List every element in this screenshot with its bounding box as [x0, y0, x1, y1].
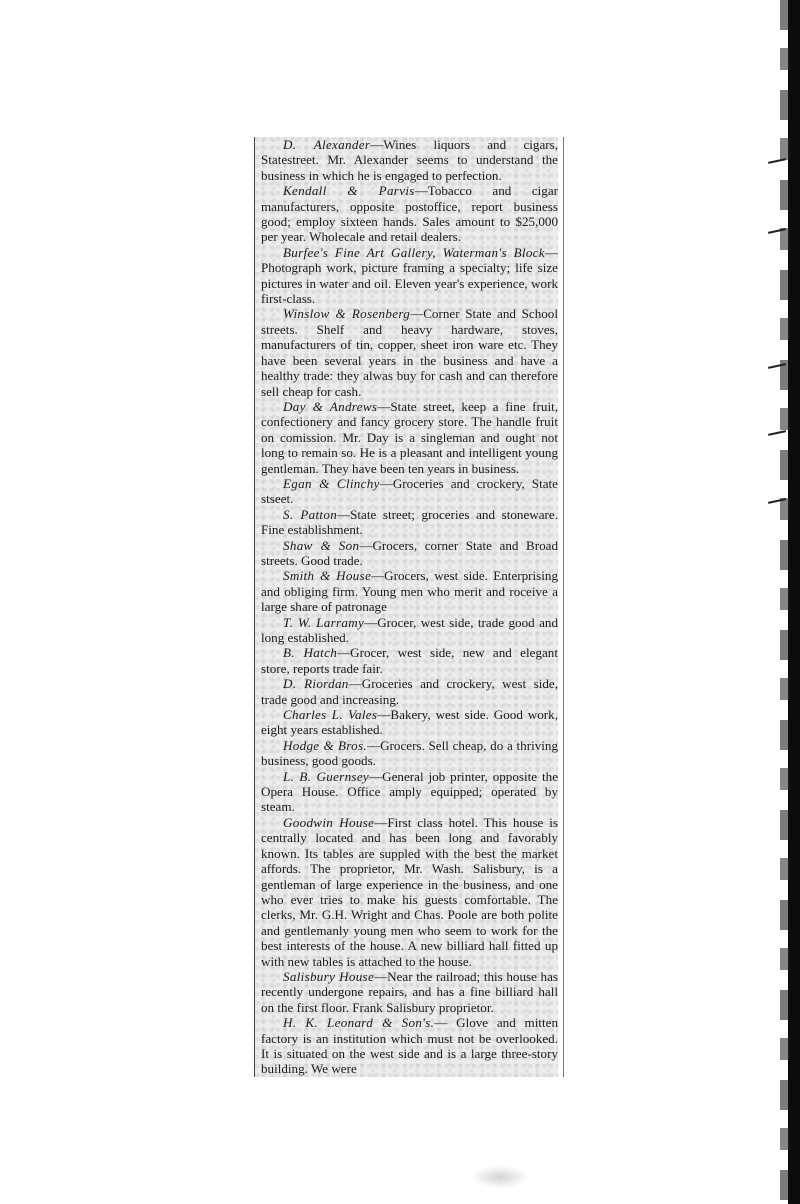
business-name: B. Hatch — [283, 645, 337, 660]
business-name: Hodge & Bros. — [283, 738, 367, 753]
business-name: Kendall & Parvis — [283, 183, 415, 198]
business-name: Charles L. Vales — [283, 707, 377, 722]
business-entry: T. W. Larramy—Grocer, west side, trade g… — [261, 615, 558, 646]
business-entry: D. Riordan—Groceries and crockery, west … — [261, 676, 558, 707]
scanned-page-edge — [788, 0, 800, 1204]
business-entry: Hodge & Bros.—Grocers. Sell cheap, do a … — [261, 738, 558, 769]
business-name: Salisbury House — [283, 969, 374, 984]
business-entry: Goodwin House—First class hotel. This ho… — [261, 815, 558, 969]
business-name: Goodwin House — [283, 815, 374, 830]
business-entry: Burfee's Fine Art Gallery, Waterman's Bl… — [261, 245, 558, 307]
business-name: Winslow & Rosenberg — [283, 306, 410, 321]
business-entry: Winslow & Rosenberg—Corner State and Sch… — [261, 306, 558, 398]
business-name: Shaw & Son — [283, 538, 359, 553]
business-name: Smith & House — [283, 568, 371, 583]
business-entry: Shaw & Son—Grocers, corner State and Bro… — [261, 538, 558, 569]
business-entry: Salisbury House—Near the railroad; this … — [261, 969, 558, 1015]
business-entry: Charles L. Vales—Bakery, west side. Good… — [261, 707, 558, 738]
business-name: H. K. Leonard & Son's. — [283, 1015, 434, 1030]
business-entry: B. Hatch—Grocer, west side, new and eleg… — [261, 645, 558, 676]
business-entry: S. Patton—State street; groceries and st… — [261, 507, 558, 538]
business-name: Day & Andrews — [283, 399, 377, 414]
business-name: S. Patton — [283, 507, 337, 522]
business-entry: Kendall & Parvis—Tobacco and cigar manuf… — [261, 183, 558, 245]
business-name: T. W. Larramy — [283, 615, 364, 630]
business-entry: Egan & Clinchy—Groceries and crockery, S… — [261, 476, 558, 507]
business-name: D. Alexander — [283, 137, 370, 152]
business-entry: L. B. Guernsey—General job printer, oppo… — [261, 769, 558, 815]
business-entry: Smith & House—Grocers, west side. Enterp… — [261, 568, 558, 614]
ink-smudge — [470, 1165, 530, 1189]
business-entry: H. K. Leonard & Son's.— Glove and mitten… — [261, 1015, 558, 1077]
business-name: L. B. Guernsey — [283, 769, 369, 784]
business-entry: Day & Andrews—State street, keep a fine … — [261, 399, 558, 476]
business-entry: D. Alexander—Wines liquors and cigars, S… — [261, 137, 558, 183]
business-name: Burfee's Fine Art Gallery, Waterman's Bl… — [283, 245, 545, 260]
business-description: —First class hotel. This house is centra… — [261, 815, 558, 969]
newspaper-column: D. Alexander—Wines liquors and cigars, S… — [254, 137, 558, 1077]
business-name: D. Riordan — [283, 676, 349, 691]
business-name: Egan & Clinchy — [283, 476, 380, 491]
